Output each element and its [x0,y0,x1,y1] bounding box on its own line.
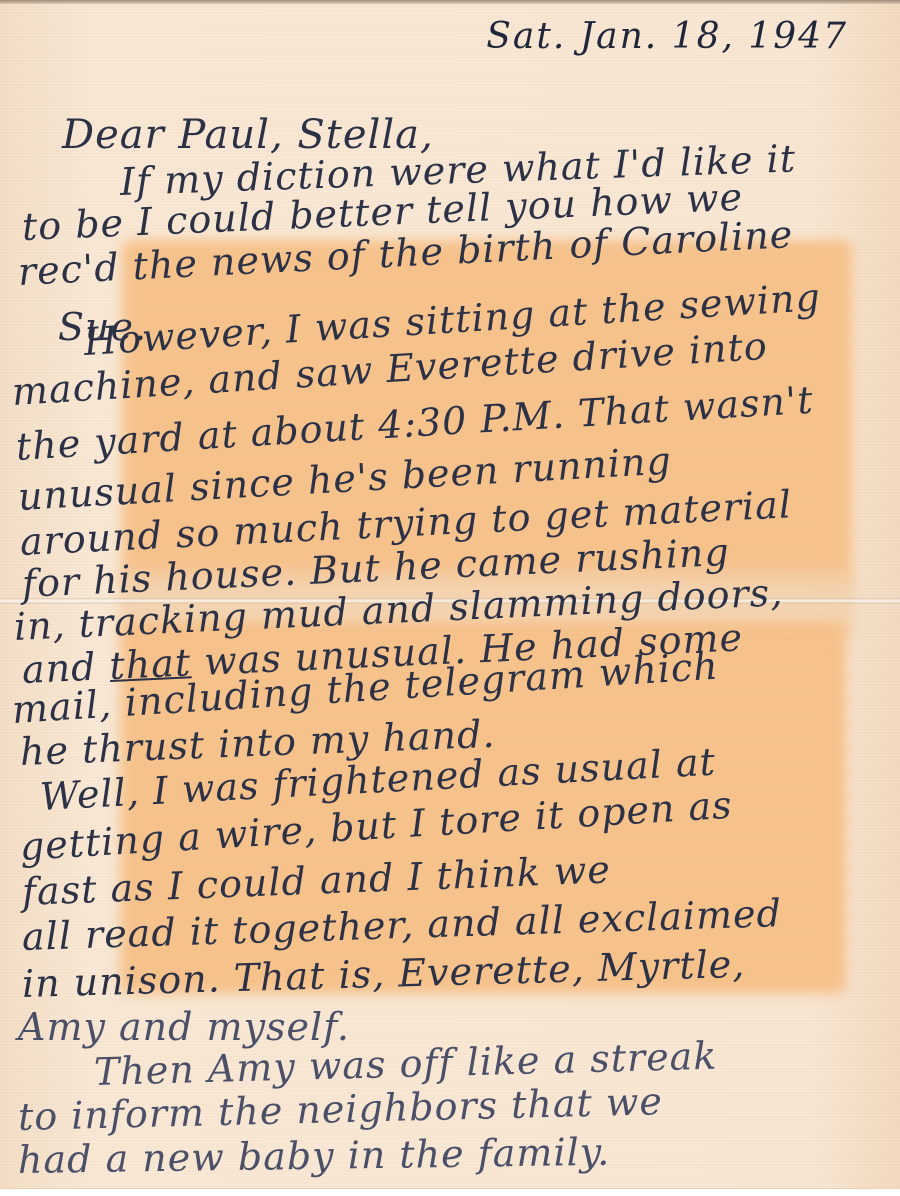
torn-top-edge [0,0,900,4]
letter-page: Sat. Jan. 18, 1947 Dear Paul, Stella, If… [0,0,900,1189]
letter-date: Sat. Jan. 18, 1947 [486,16,848,57]
letter-line: had a new baby in the family. [18,1130,611,1182]
letter-line: Amy and myself. [18,1005,350,1049]
